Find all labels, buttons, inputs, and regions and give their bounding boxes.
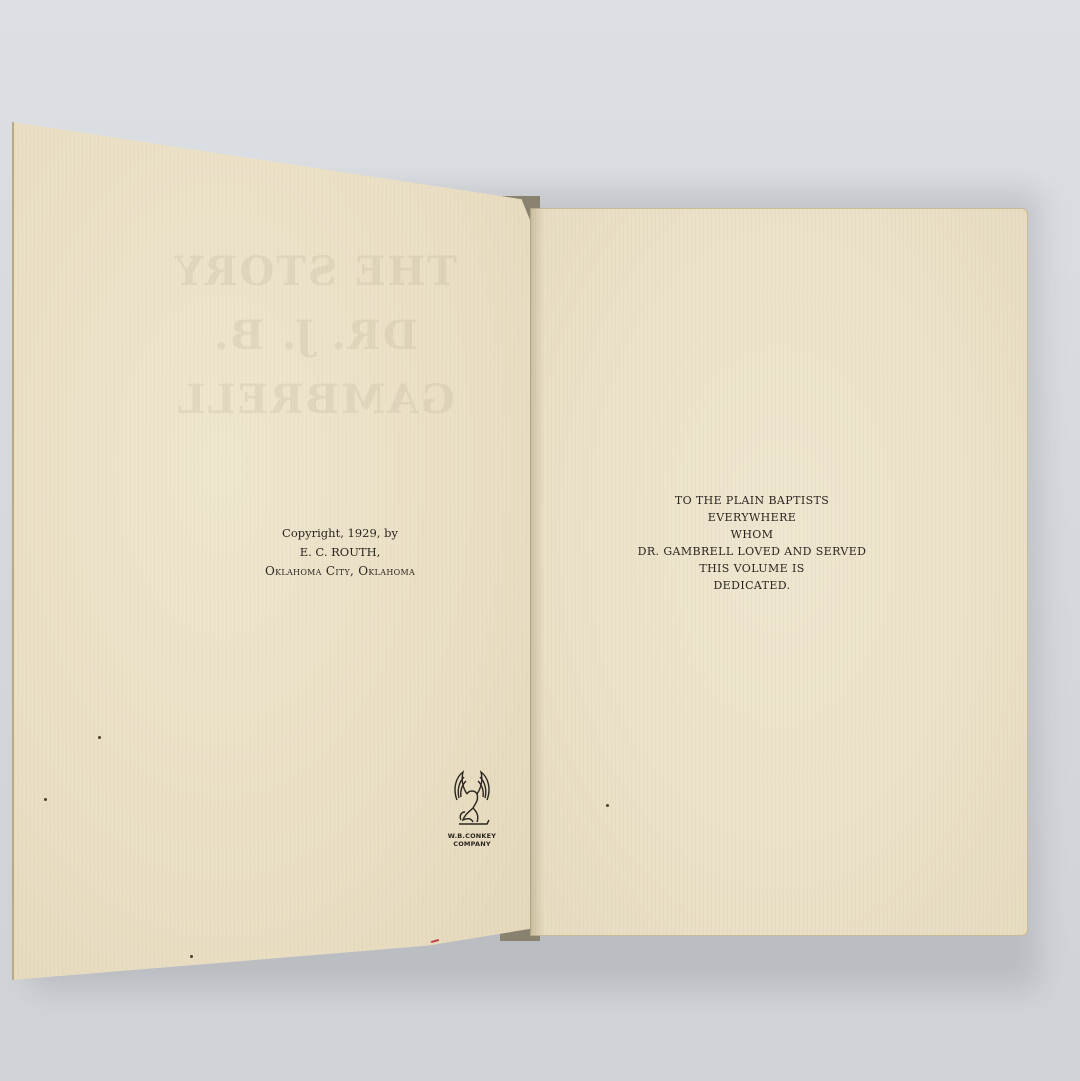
author-name: E. C. ROUTH, [210,543,470,562]
bleed-through-title: THE STORY DR. J. B. GAMBRELL [120,240,510,432]
dedication-line: THIS VOLUME IS [616,560,888,577]
dedication-line: WHOM [616,526,888,543]
copyright-notice: Copyright, 1929, by E. C. ROUTH, Oklahom… [210,524,470,581]
publisher-name-line2: COMPANY [440,840,504,848]
paper-speck [190,955,193,958]
ghost-line: THE STORY [120,240,510,304]
gutter-shadow [530,208,544,936]
paper-speck [44,798,47,801]
publisher-logo: W.B.CONKEY COMPANY [440,770,504,848]
dedication: TO THE PLAIN BAPTISTS EVERYWHERE WHOM DR… [616,492,888,594]
publisher-name: W.B.CONKEY [440,832,504,840]
dedication-line: TO THE PLAIN BAPTISTS [616,492,888,509]
ghost-line: DR. J. B. GAMBRELL [120,304,510,432]
dedication-line: DEDICATED. [616,577,888,594]
griffin-icon [449,770,495,832]
photo-stage: THE STORY DR. J. B. GAMBRELL Copyright, … [0,0,1080,1081]
author-location: Oklahoma City, Oklahoma [210,562,470,581]
paper-speck [606,804,609,807]
dedication-line: EVERYWHERE [616,509,888,526]
paper-speck [98,736,101,739]
copyright-line: Copyright, 1929, by [210,524,470,543]
dedication-line: DR. GAMBRELL LOVED AND SERVED [616,543,888,560]
